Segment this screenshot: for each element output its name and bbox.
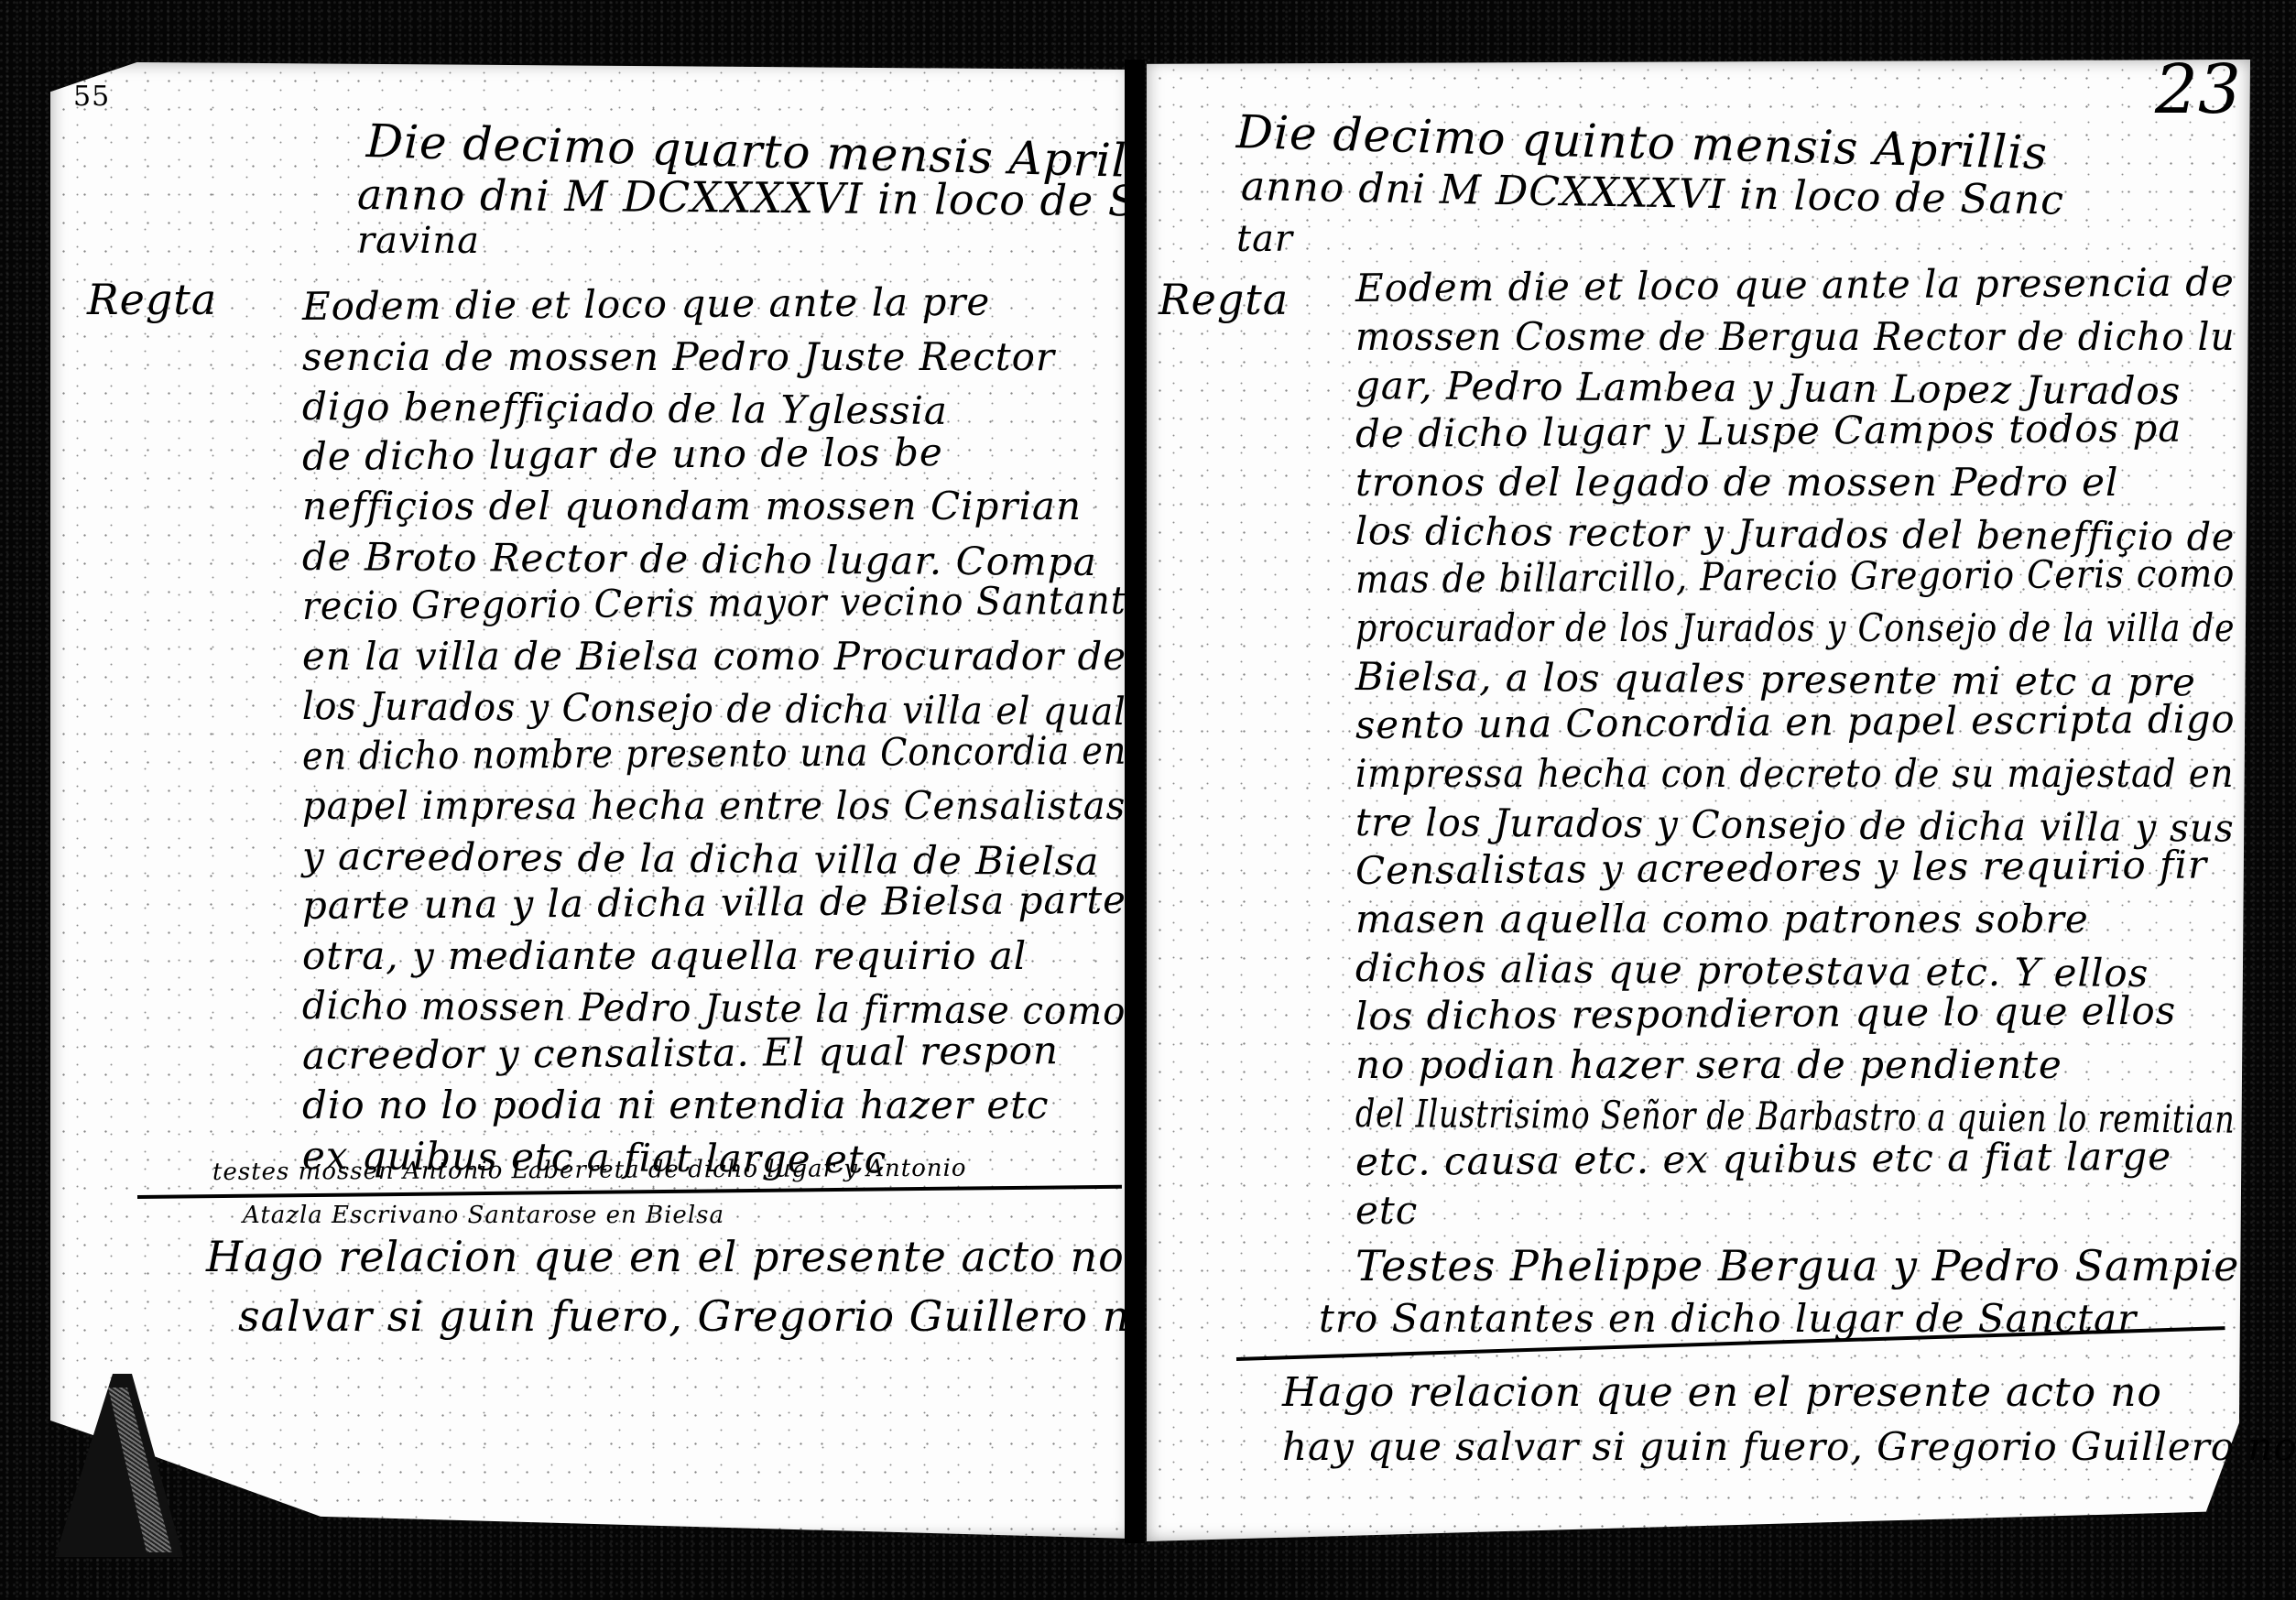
body-line: etc — [1355, 1188, 1418, 1233]
book-gutter — [1125, 60, 1145, 1543]
body-line: mossen Cosme de Bergua Rector de dicho l… — [1355, 314, 2204, 359]
left-heading-line-3: ravina — [357, 220, 480, 262]
body-line: masen aquella como patrones sobre — [1355, 897, 2089, 941]
body-line: acreedor y censalista. El qual respon — [302, 1028, 1059, 1078]
body-line: mas de billarcillo, Parecio Gregorio Cer… — [1355, 551, 2157, 602]
body-line: sento una Concordia en papel escripta di… — [1355, 696, 2227, 747]
body-line: Eodem die et loco que ante la pre — [302, 279, 991, 329]
right-witness-line-1: Testes Phelippe Bergua y Pedro Sampie — [1355, 1241, 2239, 1290]
body-line: de dicho lugar de uno de los be — [302, 430, 943, 479]
body-line: otra, y mediante aquella requirio al — [302, 933, 1027, 978]
body-line: dicho mossen Pedro Juste la firmase como — [302, 983, 1092, 1033]
right-closing-line-1: Hago relacion que en el presente acto no — [1282, 1369, 2162, 1416]
body-line: y acreedores de la dicha villa de Bielsa — [302, 833, 1100, 884]
body-line: procurador de los Jurados y Consejo de l… — [1355, 605, 2116, 650]
left-closing-line-1: Hago relacion que en el presente acto no… — [206, 1232, 1217, 1281]
body-line: del Ilustrisimo Señor de Barbastro a qui… — [1355, 1091, 2055, 1140]
body-line: recio Gregorio Ceris mayor vecino Santan… — [302, 578, 1079, 628]
body-line: etc. causa etc. ex quibus etc a fiat lar… — [1355, 1134, 2171, 1184]
body-line: en dicho nombre presento una Concordia e… — [302, 728, 1051, 778]
body-line: de dicho lugar y Luspe Campos todos pa — [1355, 406, 2182, 456]
left-witness-line-1: testes mossen Antonio Laberreta de dicho… — [212, 1155, 967, 1186]
left-witness-line-2: Atazla Escrivano Santarose en Bielsa — [243, 1202, 724, 1229]
body-line: tronos del legado de mossen Pedro el — [1355, 460, 2118, 505]
right-margin-note: Regta — [1159, 275, 1289, 324]
body-line: de Broto Rector de dicho lugar. Compa — [302, 534, 1097, 584]
left-margin-note: Regta — [87, 275, 217, 324]
folio-number: 23 — [2155, 50, 2241, 129]
body-line: no podian hazer sera de pendiente — [1355, 1042, 2062, 1087]
left-heading-line-2: anno dni M DCXXXXVI in loco de Sa — [357, 169, 1164, 226]
left-closing-line-2: salvar si guin fuero, Gregorio Guillero … — [238, 1291, 1262, 1341]
body-line: parte una y la dicha villa de Bielsa par… — [302, 877, 1124, 928]
right-closing-line-2: hay que salvar si guin fuero, Gregorio G… — [1282, 1424, 2296, 1469]
body-line: impressa hecha con decreto de su majesta… — [1355, 751, 2165, 796]
body-line: digo beneffiçiado de la Yglessia — [302, 384, 948, 433]
body-line: en la villa de Bielsa como Procurador de — [302, 634, 1126, 679]
body-line: Eodem die et loco que ante la presencia … — [1355, 259, 2234, 310]
body-line: los Jurados y Consejo de dicha villa el … — [302, 683, 1080, 734]
body-line: papel impresa hecha entre los Censalista… — [302, 783, 1090, 828]
corner-mark: 55 — [73, 81, 110, 113]
body-line: Censalistas y acreedores y les requirio … — [1355, 843, 2207, 893]
body-line: neffiçios del quondam mossen Ciprian — [302, 484, 1082, 528]
body-line: sencia de mossen Pedro Juste Rector — [302, 334, 1055, 379]
body-line: dichos alias que protestava etc. Y ellos — [1355, 945, 2149, 996]
right-heading-line-3: tar — [1236, 218, 1293, 260]
body-line: los dichos respondieron que lo que ellos — [1355, 988, 2177, 1039]
body-line: dio no lo podia ni entendia hazer etc — [302, 1083, 1050, 1127]
